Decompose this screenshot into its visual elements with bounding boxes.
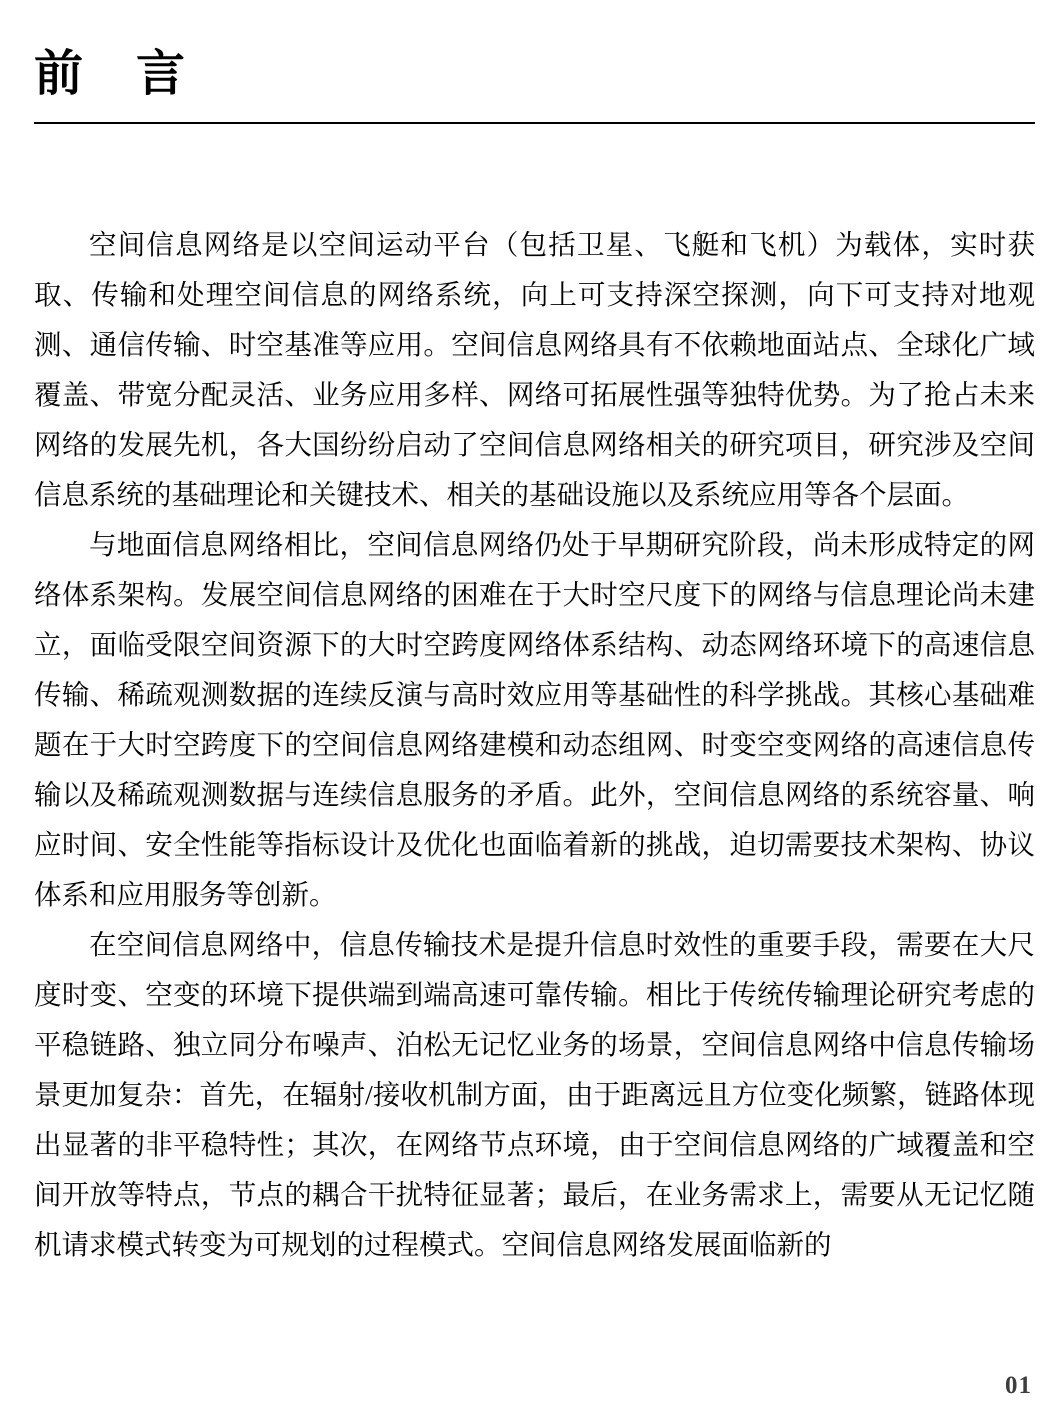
paragraph-3: 在空间信息网络中，信息传输技术是提升信息时效性的重要手段，需要在大尺度时变、空变…: [34, 920, 1035, 1270]
page-number: 01: [1005, 1372, 1032, 1400]
preface-content: 空间信息网络是以空间运动平台（包括卫星、飞艇和飞机）为载体，实时获取、传输和处理…: [34, 220, 1035, 1270]
paragraph-2: 与地面信息网络相比，空间信息网络仍处于早期研究阶段，尚未形成特定的网络体系架构。…: [34, 520, 1035, 920]
page-title: 前 言: [34, 44, 1035, 104]
document-page: 前 言 空间信息网络是以空间运动平台（包括卫星、飞艇和飞机）为载体，实时获取、传…: [0, 0, 1057, 1421]
paragraph-1: 空间信息网络是以空间运动平台（包括卫星、飞艇和飞机）为载体，实时获取、传输和处理…: [34, 220, 1035, 520]
title-rule: [34, 122, 1035, 124]
page-header: 前 言: [34, 44, 1035, 124]
